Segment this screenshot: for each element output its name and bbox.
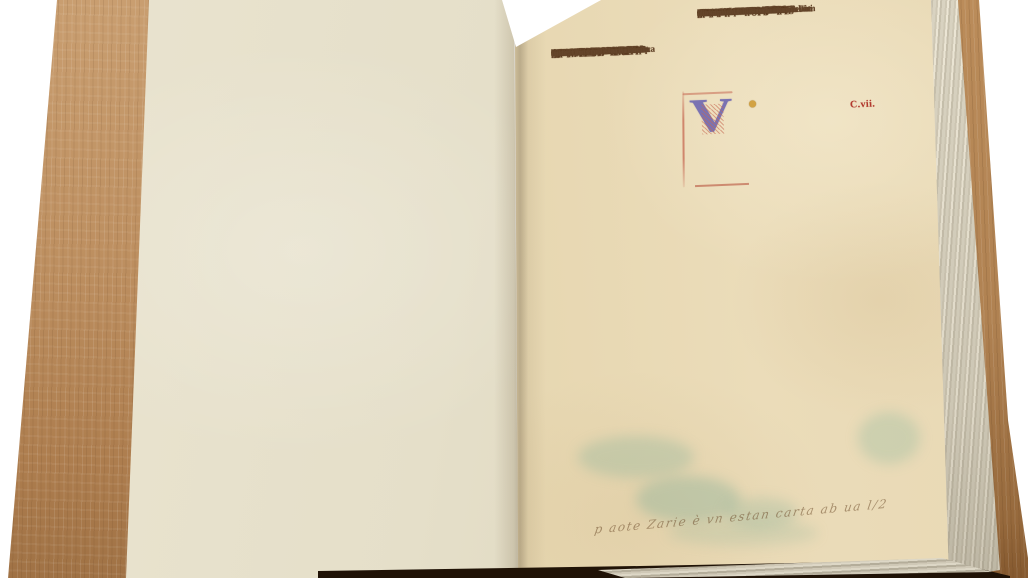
teal-stain [858, 412, 920, 464]
teal-stain [578, 436, 694, 478]
chapter-rubric: C.vii. [850, 98, 876, 110]
illuminated-initial: V [685, 95, 746, 159]
book-gutter-shadow [494, 0, 546, 578]
red-penwork-infill [701, 104, 724, 135]
manuscript-photo: mit aūt ibi lapis magnus.7 onciderūt lig… [0, 0, 1028, 578]
red-penwork-flourish [682, 91, 685, 187]
